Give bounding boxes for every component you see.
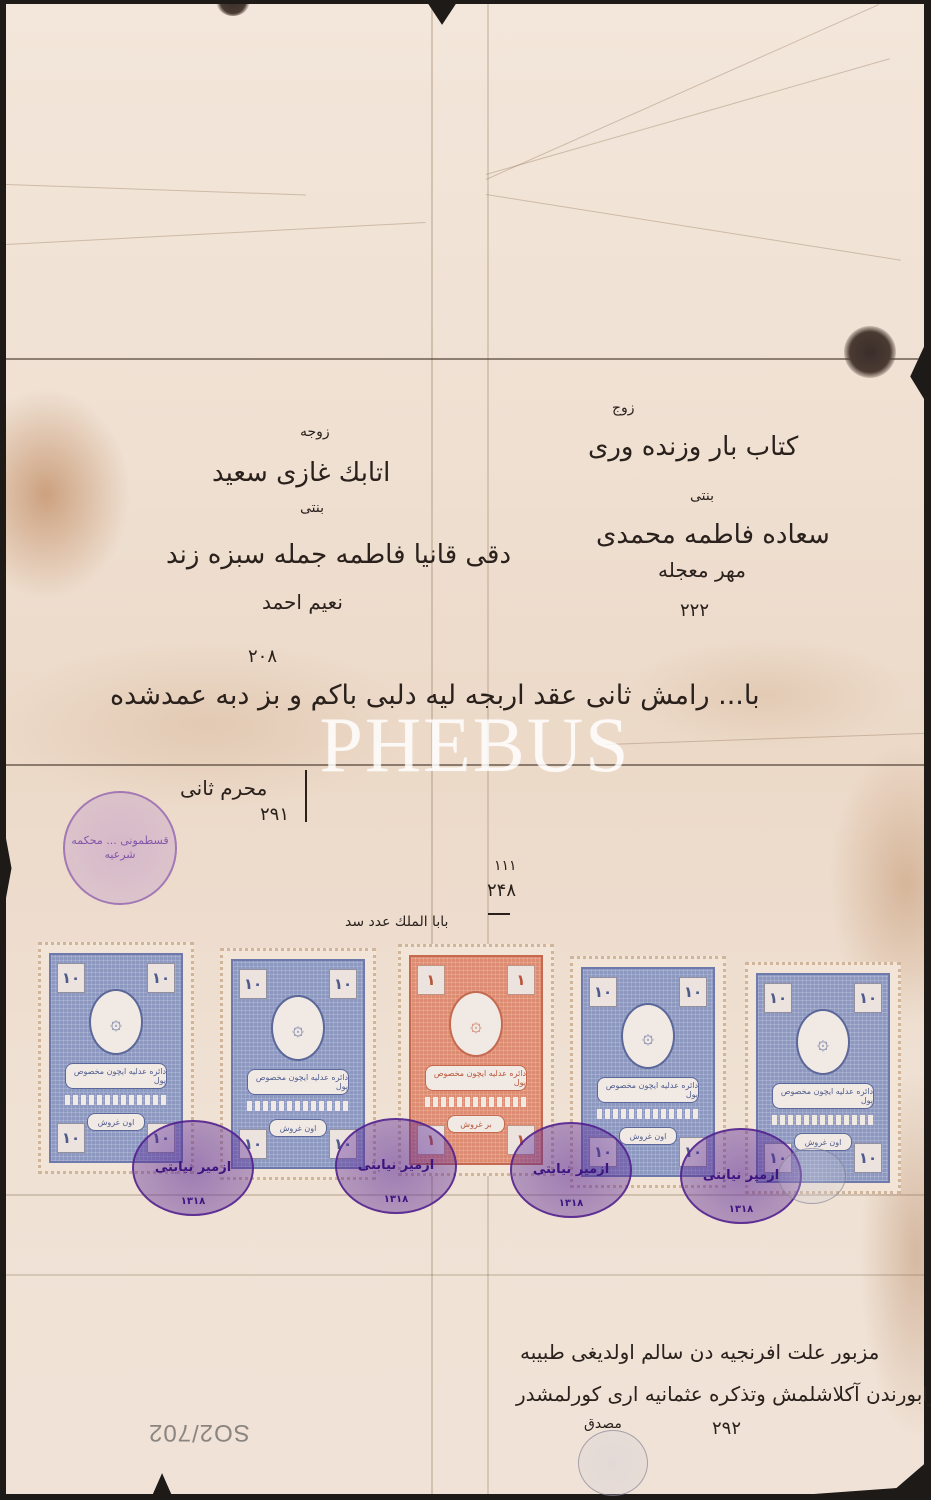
stamp-band-text: دائره عدلیه ایچون مخصوص پول [65,1063,167,1089]
groom-dowry: مهر معجله [658,558,746,582]
stamp-denomination: ۱۰ [764,983,792,1013]
cancellation-seal: ازمیر نیابتی۱۳۱۸ [335,1118,457,1214]
stamp-denomination: ۱۰ [329,969,357,999]
registration-top: ۱۱۱ [494,858,517,874]
date-line: محرم ثانی [180,776,267,800]
stamp-denomination: ۱۰ [589,977,617,1007]
seal-year: ۱۳۱۸ [682,1203,800,1216]
medical-note-line-1: مزبور علت افرنجیه دن سالم اولدیغی طبیبه [520,1340,879,1364]
stamp-denomination: ۱۰ [854,983,882,1013]
bride-name: اتابك غازی سعید [212,458,390,488]
stamp-denomination: ۱۰ [854,1143,882,1173]
horizontal-fold [6,764,924,766]
groom-number: ۲۲۲ [680,600,709,621]
stamp-denomination: ۱ [507,965,535,995]
faint-seal [778,1148,846,1204]
court-seal: قسطمونی ... محکمه شرعیه [63,791,177,905]
seal-text: ازمیر نیابتی [533,1162,609,1179]
vertical-fold [487,4,489,1494]
stamp-band-text: دائره عدلیه ایچون مخصوص پول [247,1069,349,1095]
tughra-icon: ۞ [271,995,325,1061]
seal-year: ۱۳۱۸ [337,1193,455,1206]
cancellation-seal: ازمیر نیابتی۱۳۱۸ [132,1120,254,1216]
document-paper [6,4,924,1494]
stamp-value-label: اون غروش [269,1119,327,1137]
date-number: ۲۹۱ [260,804,289,825]
crease [486,4,879,180]
crease [486,58,890,175]
stamp-denomination: ۱۰ [239,969,267,999]
stamp-value-label: بر غروش [447,1115,505,1133]
seal-text: ازمیر نیابتی [703,1168,779,1185]
bride-number: ۲۰۸ [248,646,277,667]
tughra-icon: ۞ [796,1009,850,1075]
stamp-ornament [247,1101,349,1111]
stamp-band-text: دائره عدلیه ایچون مخصوص پول [425,1065,527,1091]
stamp-denomination: ۱ [417,965,445,995]
groom-relation: بنتی [690,488,714,504]
horizontal-fold [6,1274,924,1276]
crease [606,733,926,745]
crease [6,222,425,245]
stamp-band-text: دائره عدلیه ایچون مخصوص پول [597,1077,699,1103]
registration-line: بابا الملك عدد سد [345,914,448,930]
registration-number: ۲۴۸ [487,880,516,901]
seal-text: ازمیر نیابتی [155,1160,231,1177]
stamp-value-label: اون غروش [87,1113,145,1131]
bride-heading: زوجه [300,424,330,440]
stamp-denomination: ۱۰ [57,963,85,993]
tughra-icon: ۞ [621,1003,675,1069]
horizontal-fold [6,358,924,360]
groom-name: کتاب بار وزنده وری [588,432,798,462]
main-contract-line: با... رامش ثانی عقد اربجه لیه دلبی باکم … [110,680,760,711]
court-seal-text: قسطمونی ... محکمه شرعیه [65,834,175,863]
note-number: ۲۹۲ [712,1418,741,1439]
pen-stroke [305,770,307,822]
seal-year: ۱۳۱۸ [134,1195,252,1208]
stamp-denomination: ۱۰ [679,977,707,1007]
tughra-icon: ۞ [89,989,143,1055]
medical-note-line-2: رابورندن آکلاشلمش وتذکره عثمانیه ارى کور… [516,1382,931,1406]
stamp-band-text: دائره عدلیه ایچون مخصوص پول [772,1083,874,1109]
pen-stroke [488,913,510,915]
tughra-icon: ۞ [449,991,503,1057]
groom-heading: زوج [612,400,635,416]
ink-stain [216,0,250,16]
stamp-denomination: ۱۰ [147,963,175,993]
stamp-engraving: ۱۰۱۰۱۰۱۰۞دائره عدلیه ایچون مخصوص پولاون … [231,959,365,1169]
ink-stain [844,326,896,378]
seal-text: ازمیر نیابتی [358,1158,434,1175]
bride-witness: نعیم احمد [262,590,343,614]
bride-father: دقی قانیا فاطمه جمله سبزه زند [166,540,511,570]
bride-relation: بنتی [300,500,324,516]
vertical-fold [431,4,433,1494]
crease [486,194,901,261]
stamp-ornament [772,1115,874,1125]
stamp-value-label: اون غروش [619,1127,677,1145]
official-seal [578,1430,648,1496]
stamp-denomination: ۱۰ [57,1123,85,1153]
crease [6,184,306,195]
groom-father: سعاده فاطمه محمدی [596,520,830,550]
stamp-ornament [425,1097,527,1107]
cancellation-seal: ازمیر نیابتی۱۳۱۸ [510,1122,632,1218]
pencil-annotation: SO2/702 [148,1418,250,1446]
stamp-ornament [65,1095,167,1105]
stamp-ornament [597,1109,699,1119]
seal-year: ۱۳۱۸ [512,1197,630,1210]
